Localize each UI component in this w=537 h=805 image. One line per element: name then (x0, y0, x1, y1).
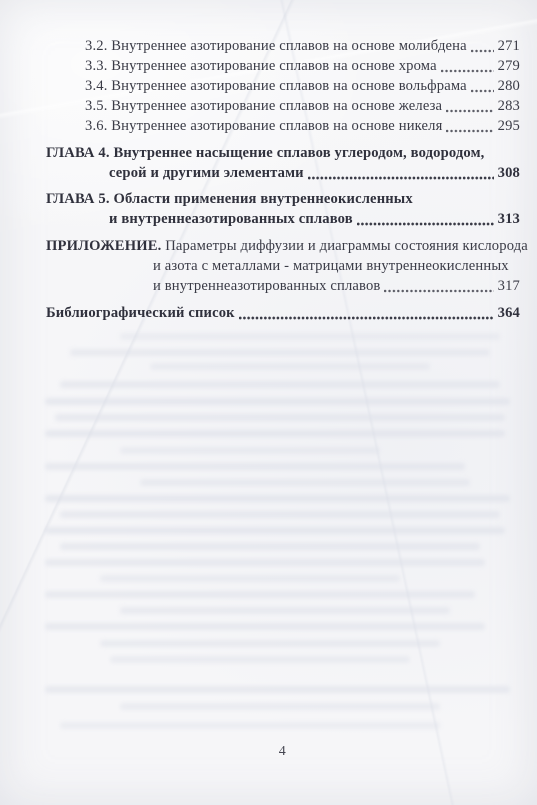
toc-entry-text: 3.4. Внутреннее азотирование сплавов на … (85, 78, 467, 94)
toc-entry-label: 3.6. Внутреннее азотирование сплавов на … (85, 116, 442, 136)
toc-entry-text: 3.2. Внутреннее азотирование сплавов на … (85, 38, 467, 54)
toc-entry: ГЛАВА 4. Внутреннее насыщение сплавов уг… (46, 143, 520, 163)
dot-leader (239, 316, 494, 320)
toc-entry-text: ГЛАВА 5. Области применения внутреннеоки… (46, 191, 413, 207)
bleedthrough-line (55, 414, 505, 421)
toc-entry-label: и азота с металлами - матрицами внутренн… (153, 256, 509, 276)
toc-entry-label: 3.2. Внутреннее азотирование сплавов на … (85, 36, 467, 56)
bleedthrough-line (60, 722, 440, 729)
bleedthrough-line (45, 559, 485, 566)
toc-entry: Библиографический список364 (46, 303, 520, 323)
bleedthrough-line (120, 333, 500, 340)
bleedthrough-line (45, 430, 505, 437)
dot-leader (446, 109, 493, 113)
toc-entry-label: и внутреннеазотированных сплавов (153, 276, 380, 296)
toc-entry-label: ГЛАВА 4. Внутреннее насыщение сплавов уг… (46, 143, 484, 163)
page-number: 4 (0, 744, 537, 760)
toc-entry-text: 3.3. Внутреннее азотирование сплавов на … (85, 58, 437, 74)
toc-entry-label: Библиографический список (46, 303, 235, 323)
bleedthrough-line (100, 640, 440, 647)
toc-entry-label: 3.5. Внутреннее азотирование сплавов на … (85, 96, 442, 116)
toc-entry-text: Библиографический список (46, 305, 235, 321)
toc-entry-label: 3.3. Внутреннее азотирование сплавов на … (85, 56, 437, 76)
bleedthrough-line (45, 686, 510, 693)
dot-leader (471, 89, 494, 93)
book-page: 3.2. Внутреннее азотирование сплавов на … (0, 0, 537, 805)
toc-entry: серой и другими элементами308 (46, 163, 520, 183)
toc-entry: 3.5. Внутреннее азотирование сплавов на … (46, 96, 520, 116)
toc-entry-page: 279 (498, 56, 520, 76)
toc-entry-text: 3.5. Внутреннее азотирование сплавов на … (85, 98, 442, 114)
bleedthrough-line (110, 656, 410, 663)
toc-entry-text: и внутреннеазотированных сплавов (109, 211, 353, 227)
toc-entry: и азота с металлами - матрицами внутренн… (46, 256, 520, 276)
toc-entry-page: 280 (498, 76, 520, 96)
dot-leader (308, 176, 494, 180)
toc-entry-text: и азота с металлами - матрицами внутренн… (153, 258, 509, 274)
bleedthrough-line (70, 349, 490, 356)
toc-entry-label: ГЛАВА 5. Области применения внутреннеоки… (46, 189, 413, 209)
bleedthrough-line (45, 591, 475, 598)
dot-leader (441, 69, 494, 73)
bleedthrough-line (45, 495, 510, 502)
dot-leader (357, 222, 494, 226)
bleedthrough-line (45, 398, 510, 405)
bleedthrough-line (140, 479, 470, 486)
toc-entry-text: серой и другими элементами (109, 165, 304, 181)
toc-entry: 3.4. Внутреннее азотирование сплавов на … (46, 76, 520, 96)
toc-entry-page: 295 (498, 116, 520, 136)
bleedthrough-line (120, 607, 450, 614)
toc-entry: ПРИЛОЖЕНИЕ. Параметры диффузии и диаграм… (46, 236, 520, 256)
toc-entry-page: 308 (498, 163, 520, 183)
toc-entry-page: 313 (498, 209, 520, 229)
table-of-contents: 3.2. Внутреннее азотирование сплавов на … (46, 36, 520, 323)
toc-entry-text: ГЛАВА 4. Внутреннее насыщение сплавов уг… (46, 145, 484, 161)
toc-entry-label: ПРИЛОЖЕНИЕ. Параметры диффузии и диаграм… (46, 236, 528, 256)
toc-entry: и внутреннеазотированных сплавов317 (46, 276, 520, 296)
toc-entry: 3.6. Внутреннее азотирование сплавов на … (46, 116, 520, 136)
toc-entry-text: ПРИЛОЖЕНИЕ. (46, 238, 161, 254)
bleedthrough-line (45, 527, 505, 534)
toc-entry-label: 3.4. Внутреннее азотирование сплавов на … (85, 76, 467, 96)
toc-entry: ГЛАВА 5. Области применения внутреннеоки… (46, 189, 520, 209)
bleedthrough-line (45, 623, 485, 630)
bleedthrough-line (150, 363, 430, 370)
toc-entry: 3.2. Внутреннее азотирование сплавов на … (46, 36, 520, 56)
toc-entry-page: 317 (498, 276, 520, 296)
toc-entry-page: 283 (498, 96, 520, 116)
bleedthrough-line (100, 575, 400, 582)
toc-entry-page: 271 (498, 36, 520, 56)
bleedthrough-line (45, 463, 465, 470)
toc-entry: и внутреннеазотированных сплавов313 (46, 209, 520, 229)
bleedthrough-line (60, 511, 500, 518)
bleedthrough-line (120, 447, 380, 454)
toc-entry-text: и внутреннеазотированных сплавов (153, 278, 380, 294)
toc-entry-text: 3.6. Внутреннее азотирование сплавов на … (85, 118, 442, 134)
dot-leader (384, 289, 493, 293)
bleedthrough-line (120, 703, 440, 710)
bleedthrough-line (60, 543, 480, 550)
toc-entry-label: и внутреннеазотированных сплавов (109, 209, 353, 229)
toc-entry-label: серой и другими элементами (109, 163, 304, 183)
toc-entry-text: Параметры диффузии и диаграммы состояния… (161, 238, 528, 254)
dot-leader (446, 129, 493, 133)
toc-entry: 3.3. Внутреннее азотирование сплавов на … (46, 56, 520, 76)
dot-leader (471, 49, 494, 53)
bleedthrough-line (60, 381, 500, 388)
toc-entry-page: 364 (498, 303, 520, 323)
